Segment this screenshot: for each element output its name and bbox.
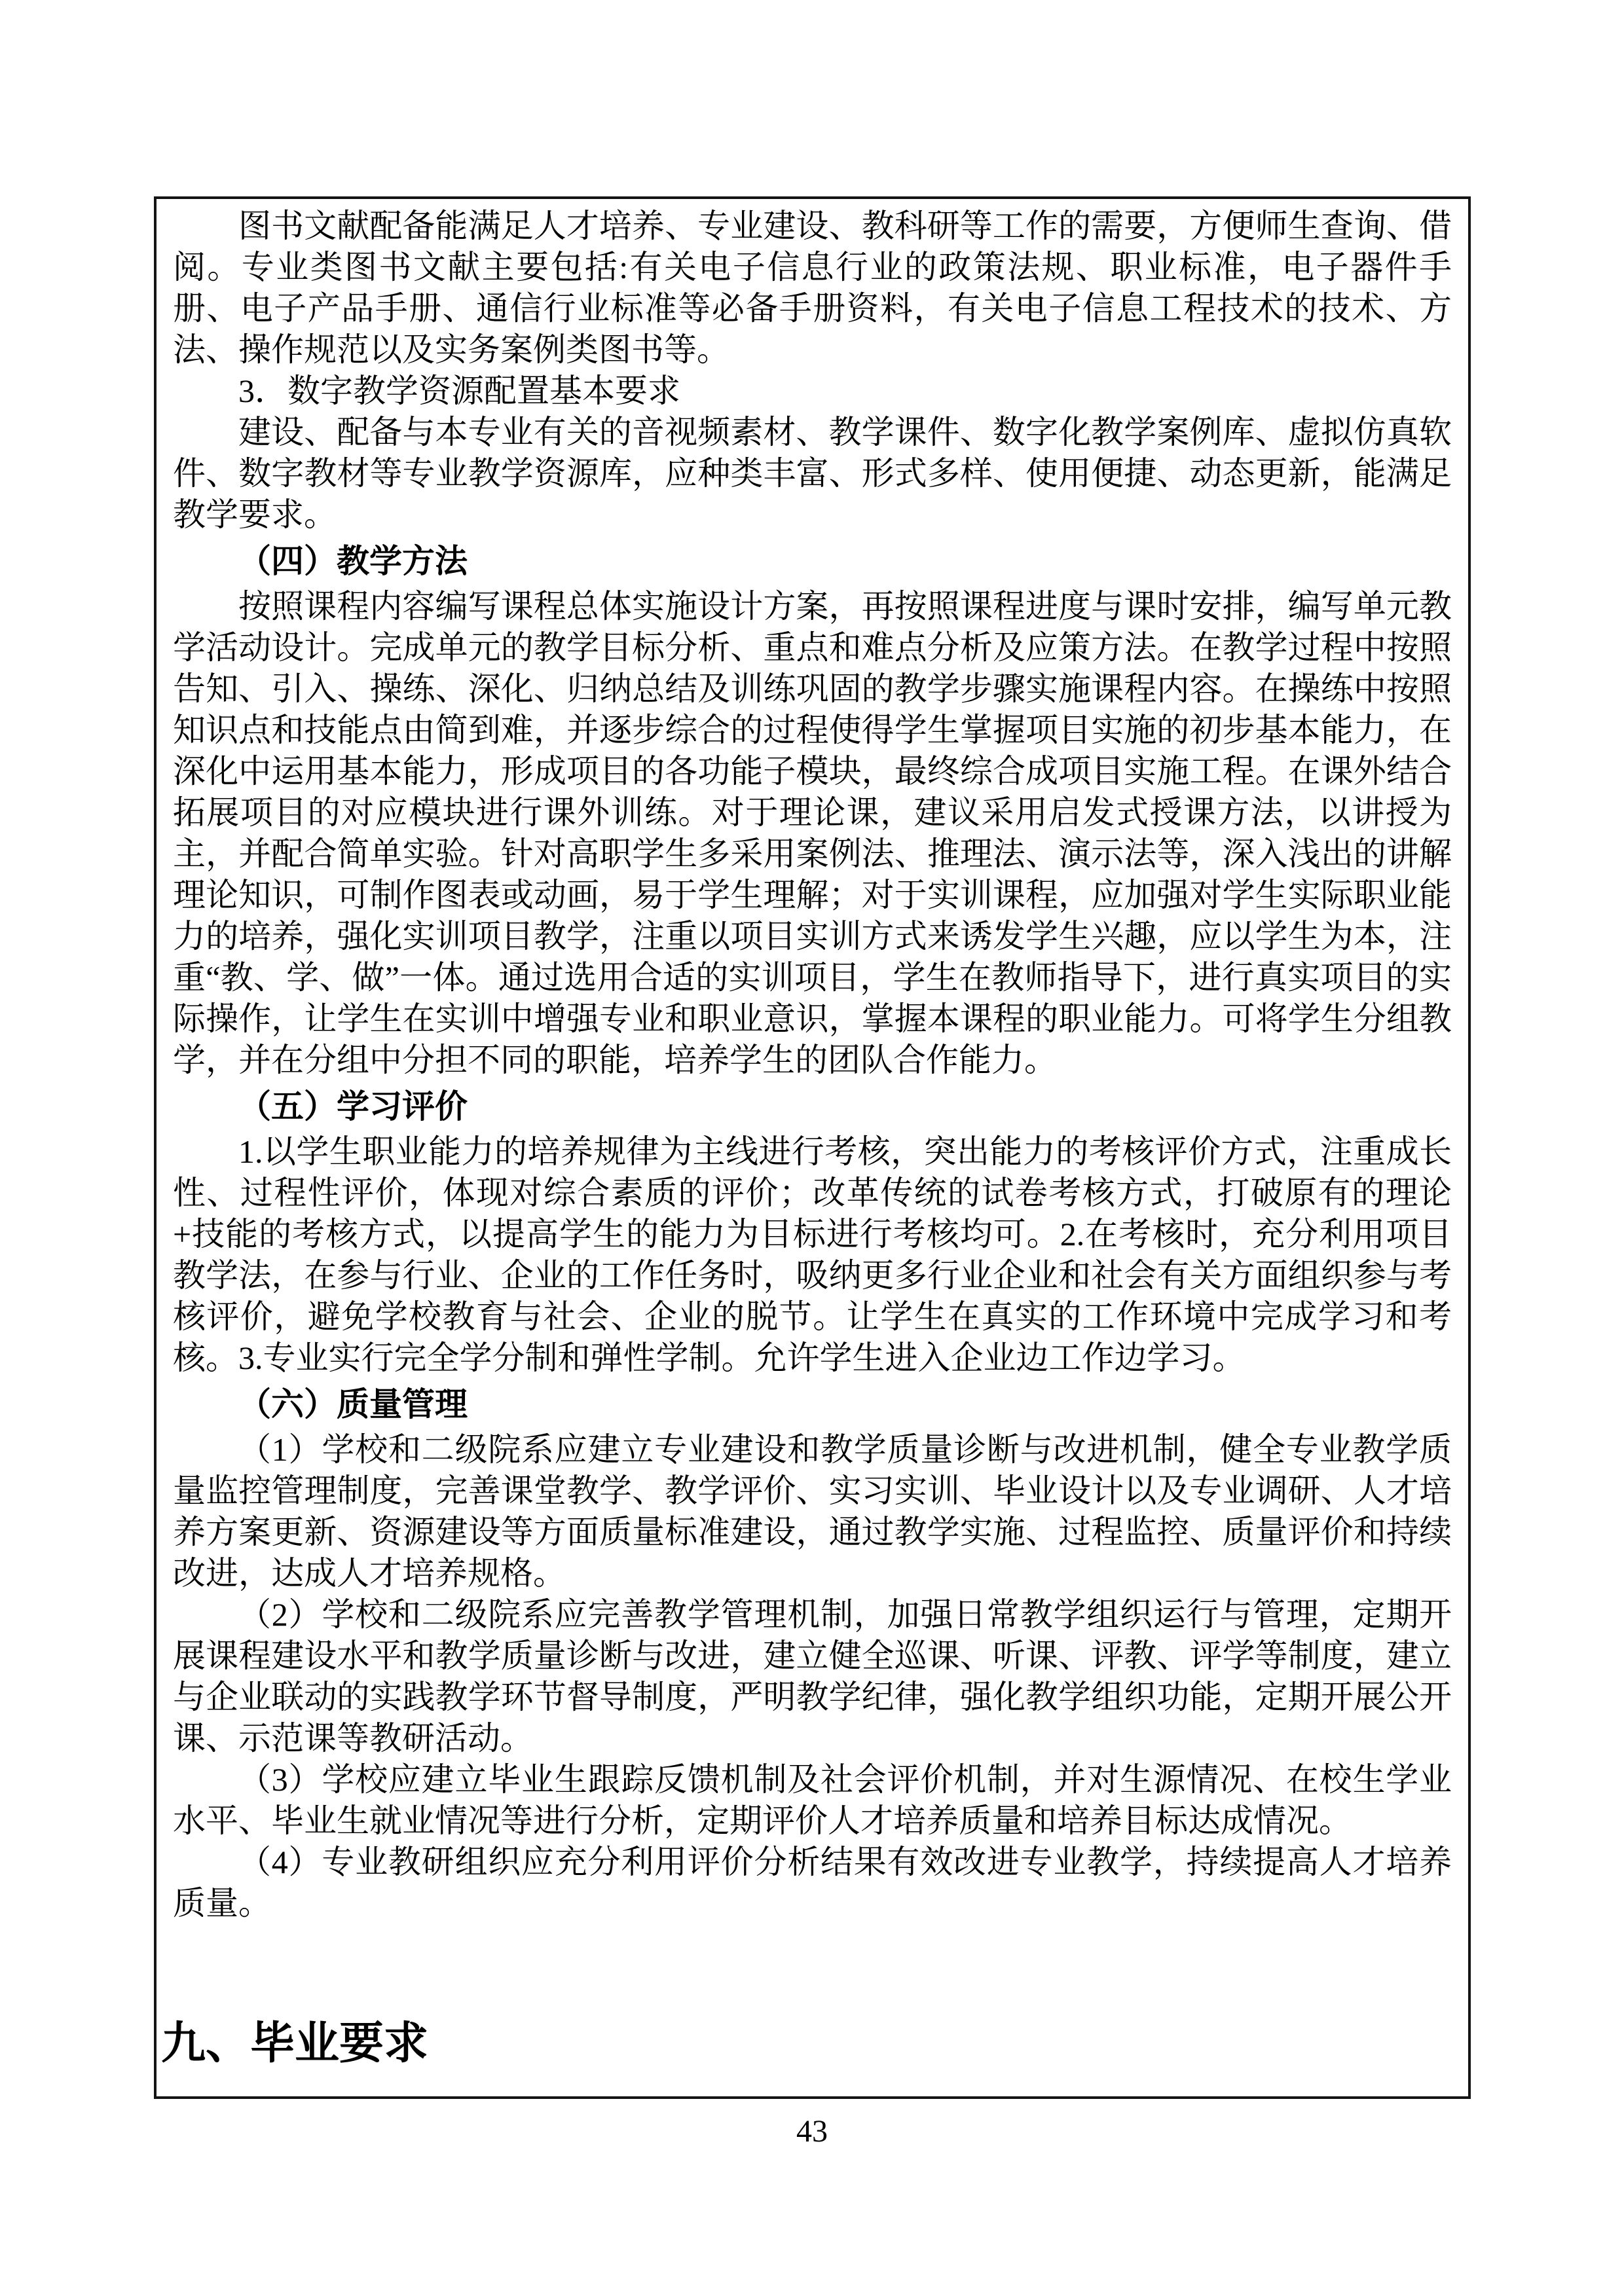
paragraph: （3）学校应建立毕业生跟踪反馈机制及社会评价机制，并对生源情况、在校生学业水平、… xyxy=(173,1759,1452,1842)
sub-heading: （五）学习评价 xyxy=(173,1086,1452,1127)
paragraph: 1.以学生职业能力的培养规律为主线进行考核，突出能力的考核评价方式，注重成长性、… xyxy=(173,1131,1452,1379)
paragraph: 按照课程内容编写课程总体实施设计方案，再按照课程进度与课时安排，编写单元教学活动… xyxy=(173,586,1452,1081)
paragraph: 3．数字教学资源配置基本要求 xyxy=(173,371,1452,412)
paragraph: 建设、配备与本专业有关的音视频素材、教学课件、数字化教学案例库、虚拟仿真软件、数… xyxy=(173,412,1452,536)
sub-heading: （四）教学方法 xyxy=(173,541,1452,582)
paragraph: （4）专业教研组织应充分利用评价分析结果有效改进专业教学，持续提高人才培养质量。 xyxy=(173,1842,1452,1924)
section-heading: 九、毕业要求 xyxy=(161,2017,1452,2069)
content-cell: 图书文献配备能满足人才培养、专业建设、教科研等工作的需要，方便师生查询、借阅。专… xyxy=(154,196,1471,2099)
page-number: 43 xyxy=(0,2113,1624,2150)
sub-heading: （六）质量管理 xyxy=(173,1384,1452,1425)
paragraph: 图书文献配备能满足人才培养、专业建设、教科研等工作的需要，方便师生查询、借阅。专… xyxy=(173,206,1452,371)
paragraph: （1）学校和二级院系应建立专业建设和教学质量诊断与改进机制，健全专业教学质量监控… xyxy=(173,1429,1452,1594)
document-page: 图书文献配备能满足人才培养、专业建设、教科研等工作的需要，方便师生查询、借阅。专… xyxy=(0,0,1624,2296)
paragraph: （2）学校和二级院系应完善教学管理机制，加强日常教学组织运行与管理，定期开展课程… xyxy=(173,1594,1452,1759)
body-text: 图书文献配备能满足人才培养、专业建设、教科研等工作的需要，方便师生查询、借阅。专… xyxy=(173,206,1452,1924)
